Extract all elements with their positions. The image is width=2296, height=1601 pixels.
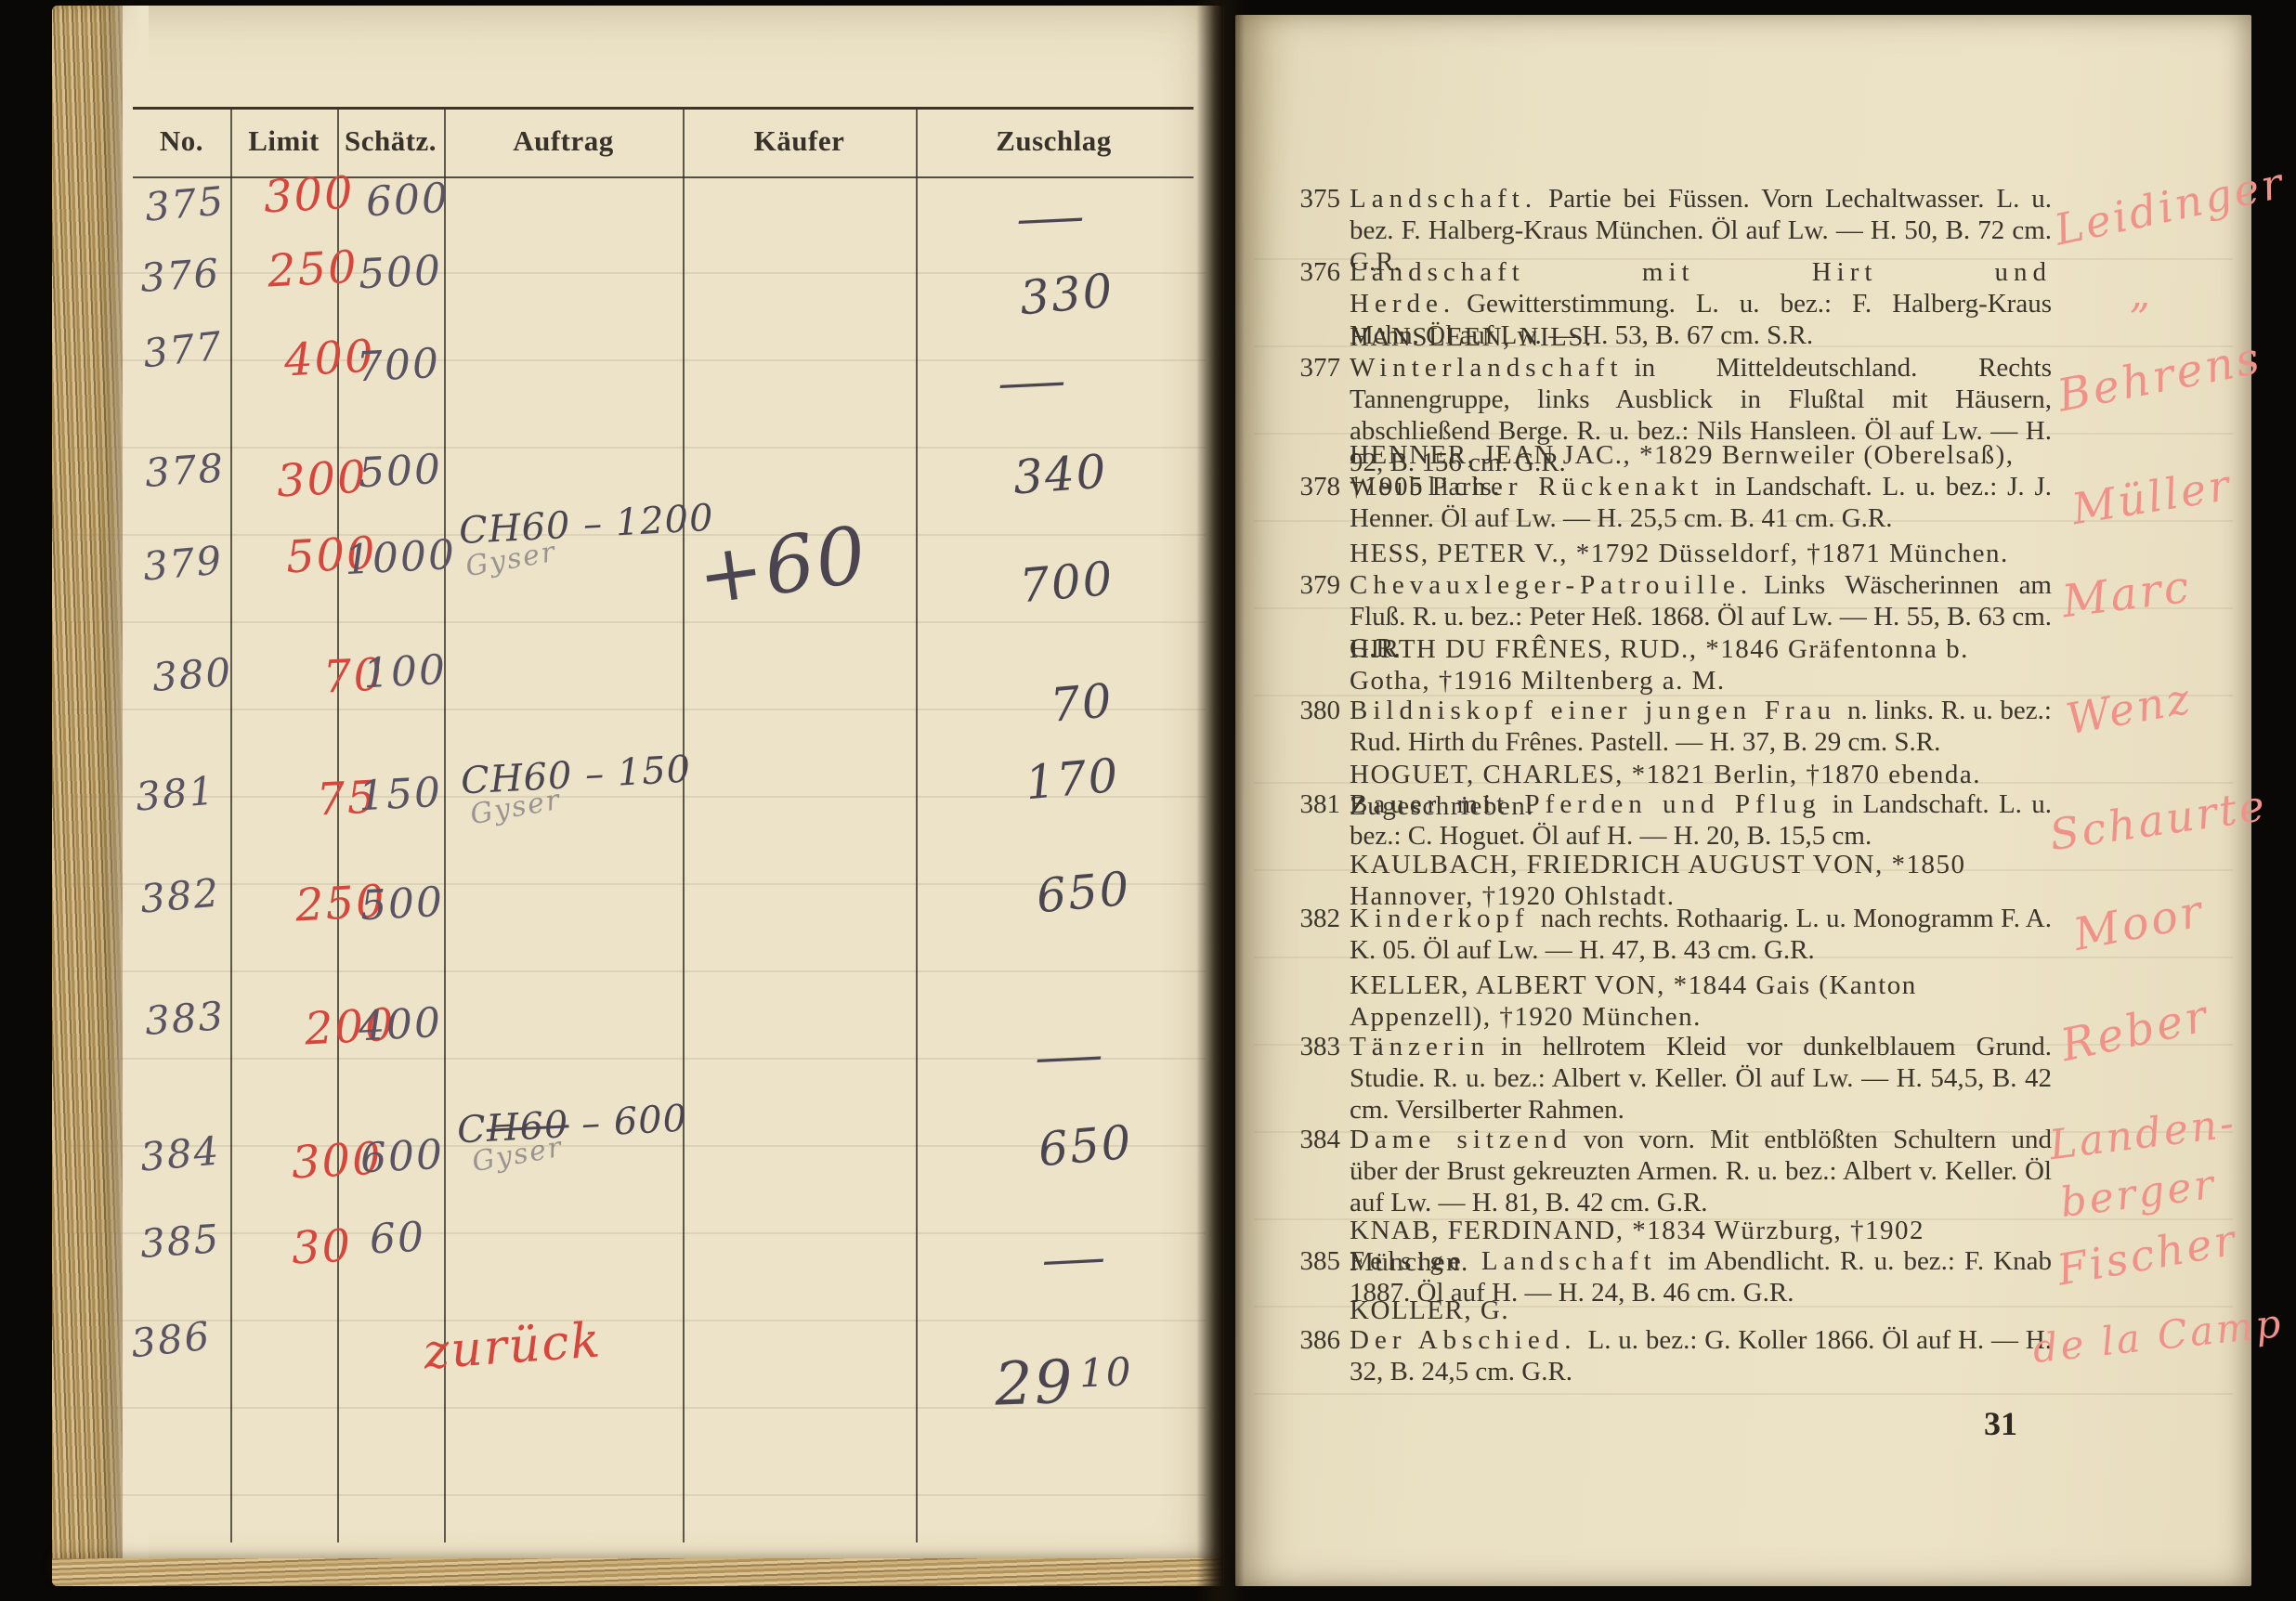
artist-header-keller: KELLER, ALBERT VON, *1844 Gais (Kanton A… <box>1350 970 2052 1033</box>
col-header-auftrag: Auftrag <box>444 124 683 158</box>
artist-name: KOLLER, G. <box>1350 1295 1509 1325</box>
lot-title: Bauer mit Pferden und Pflug <box>1350 789 1821 819</box>
lot-entry-378: 378 Weiblicher Rückenaktin Landschaft. L… <box>1350 471 2052 534</box>
ditto-mark-hw: ” <box>2129 295 2153 343</box>
schaetz-hw: 600 <box>365 175 451 227</box>
column-line <box>230 109 232 1542</box>
column-line <box>916 109 918 1542</box>
zuschlag-hw: 340 <box>1011 445 1109 505</box>
total-main: 29 <box>994 1348 1076 1420</box>
zurueck-note-hw: zurück <box>422 1312 604 1380</box>
artist-header-hirth: HIRTH DU FRÊNES, RUD., *1846 Gräfentonna… <box>1350 633 2052 696</box>
lot-no-hw: 383 <box>143 993 226 1044</box>
lot-number: 378 <box>1290 471 1340 502</box>
buyer-note-hw: Fischer <box>2054 1214 2241 1295</box>
schaetz-hw: 500 <box>359 879 446 931</box>
lot-entry-380: 380 Bildniskopf einer jungen Fraun. link… <box>1350 695 2052 758</box>
lot-title: Tänzerin <box>1350 1032 1490 1061</box>
lot-entry-382: 382 Kinderkopfnach rechts. Rothaarig. L.… <box>1350 903 2052 966</box>
lot-number: 375 <box>1290 183 1340 215</box>
buyer-note-hw: Wenz <box>2062 673 2196 745</box>
artist-header-koller: KOLLER, G. <box>1350 1295 2052 1326</box>
limit-hw: 250 <box>267 241 359 297</box>
lot-number: 384 <box>1290 1124 1340 1155</box>
lot-title: Weiblicher Rückenakt <box>1350 472 1703 501</box>
kaeufer-mark-hw: +60 <box>692 509 873 623</box>
bottom-page-edges <box>52 1558 1224 1586</box>
lot-entry-381: 381 Bauer mit Pferden und Pflugin Landsc… <box>1350 788 2052 852</box>
lot-number: 379 <box>1290 569 1340 601</box>
schaetz-hw: 600 <box>359 1131 446 1183</box>
lot-entry-384: 384 Dame sitzendvon vorn. Mit entblößten… <box>1350 1124 2052 1218</box>
column-line <box>337 109 339 1542</box>
zuschlag-hw: — <box>994 353 1072 410</box>
buyer-note-hw: Landen- <box>2047 1100 2239 1169</box>
lot-entry-386: 386 Der Abschied.L. u. bez.: G. Koller 1… <box>1350 1324 2052 1387</box>
col-header-schaetz: Schätz. <box>337 124 444 158</box>
lot-number: 385 <box>1290 1245 1340 1277</box>
buyer-note-hw: Müller <box>2068 460 2236 534</box>
book-gutter-shadow <box>1196 0 1245 1601</box>
zuschlag-hw: 70 <box>1049 673 1115 733</box>
schaetz-hw: 150 <box>358 769 444 821</box>
lot-title: Dame sitzend <box>1350 1125 1572 1154</box>
col-header-no: No. <box>133 124 230 158</box>
lot-number: 382 <box>1290 903 1340 934</box>
lot-title: Kinderkopf <box>1350 904 1530 933</box>
lot-title: Der Abschied. <box>1350 1325 1576 1355</box>
buyer-note-hw: Leidinger <box>2050 157 2289 254</box>
lot-title: Landschaft. <box>1350 184 1537 214</box>
buyer-note-hw: Marc <box>2059 561 2194 629</box>
scanned-auction-ledger: No. Limit Schätz. Auftrag Käufer Zuschla… <box>0 0 2296 1601</box>
lot-number: 376 <box>1290 256 1340 288</box>
column-line <box>683 109 685 1542</box>
col-header-kaeufer: Käufer <box>683 124 916 158</box>
lot-no-hw: 375 <box>143 177 227 229</box>
lot-no-hw: 379 <box>141 537 225 589</box>
auftrag-post: – 600 <box>567 1098 688 1147</box>
schaetz-hw: 100 <box>362 646 449 698</box>
zuschlag-hw: 330 <box>1018 264 1116 326</box>
lot-number: 386 <box>1290 1324 1340 1356</box>
col-header-zuschlag: Zuschlag <box>916 124 1192 158</box>
lot-number: 377 <box>1290 352 1340 384</box>
lot-number: 380 <box>1290 695 1340 726</box>
artist-name: HIRTH DU FRÊNES, RUD., *1846 Gräfentonna… <box>1350 634 1969 696</box>
zuschlag-hw: — <box>1038 1230 1111 1286</box>
lot-title: Winterlandschaft <box>1350 353 1624 383</box>
buyer-note-hw: Moor <box>2069 885 2209 961</box>
lot-no-hw: 377 <box>141 323 226 377</box>
artist-name: KELLER, ALBERT VON, *1844 Gais (Kanton A… <box>1350 970 1917 1032</box>
schaetz-hw: 500 <box>358 446 444 498</box>
total-sup: 10 <box>1078 1348 1133 1396</box>
lot-number: 381 <box>1290 788 1340 820</box>
limit-hw: 300 <box>276 450 369 507</box>
zuschlag-hw: — <box>1031 1027 1109 1084</box>
buyer-note-hw: Reber <box>2056 990 2214 1072</box>
lot-title: Chevauxleger-Patrouille. <box>1350 570 1753 600</box>
buyer-note-hw: berger <box>2058 1161 2219 1227</box>
lot-no-hw: 382 <box>138 869 222 921</box>
buyer-note-hw: de la Camp <box>2030 1300 2285 1372</box>
buyer-note-hw: Behrens <box>2054 332 2266 422</box>
hammer-total-hw: 2910 <box>994 1346 1134 1419</box>
lot-no-hw: 386 <box>129 1313 214 1367</box>
lot-number: 383 <box>1290 1031 1340 1062</box>
artist-header-hansleen: HANSLEEN, NILS. <box>1350 321 2052 353</box>
lot-no-hw: 381 <box>134 767 217 819</box>
zuschlag-hw: 170 <box>1024 748 1122 811</box>
lot-no-hw: 380 <box>150 649 233 700</box>
lot-no-hw: 378 <box>143 445 226 496</box>
schaetz-hw: 400 <box>358 999 444 1051</box>
zuschlag-hw: 700 <box>1018 552 1116 614</box>
artist-name: HANSLEEN, NILS. <box>1350 322 1593 352</box>
page-number: 31 <box>1984 1404 2017 1443</box>
lot-entry-383: 383 Tänzerinin hellrotem Kleid vor dunke… <box>1350 1031 2052 1126</box>
lot-no-hw: 376 <box>138 250 221 301</box>
schaetz-hw: 1000 <box>344 531 457 584</box>
lot-title: Bildniskopf einer jungen Frau <box>1350 696 1836 725</box>
schaetz-hw: 500 <box>358 247 444 299</box>
limit-hw: 30 <box>291 1219 354 1274</box>
zuschlag-hw: — <box>1012 189 1090 245</box>
col-header-limit: Limit <box>230 124 337 158</box>
zuschlag-hw: 650 <box>1037 1115 1135 1178</box>
artist-header-hess: HESS, PETER V., *1792 Düsseldorf, †1871 … <box>1350 538 2052 569</box>
lot-title: Felsige Landschaft <box>1350 1246 1657 1276</box>
artist-name: HESS, PETER V., *1792 Düsseldorf, †1871 … <box>1350 539 2009 568</box>
lot-no-hw: 384 <box>138 1127 222 1179</box>
limit-hw: 300 <box>263 166 356 223</box>
schaetz-hw: 60 <box>369 1213 427 1263</box>
right-page: 375 Landschaft.Partie bei Füssen. Vorn L… <box>1235 15 2251 1586</box>
buyer-note-hw: Schaurte <box>2046 780 2270 860</box>
table-top-rule <box>133 107 1194 110</box>
left-page: No. Limit Schätz. Auftrag Käufer Zuschla… <box>52 6 1224 1586</box>
schaetz-hw: 700 <box>356 340 442 392</box>
zuschlag-hw: 650 <box>1035 862 1133 924</box>
auftrag-hw: CH60 – 1200 <box>458 497 715 553</box>
lot-no-hw: 385 <box>138 1216 221 1267</box>
